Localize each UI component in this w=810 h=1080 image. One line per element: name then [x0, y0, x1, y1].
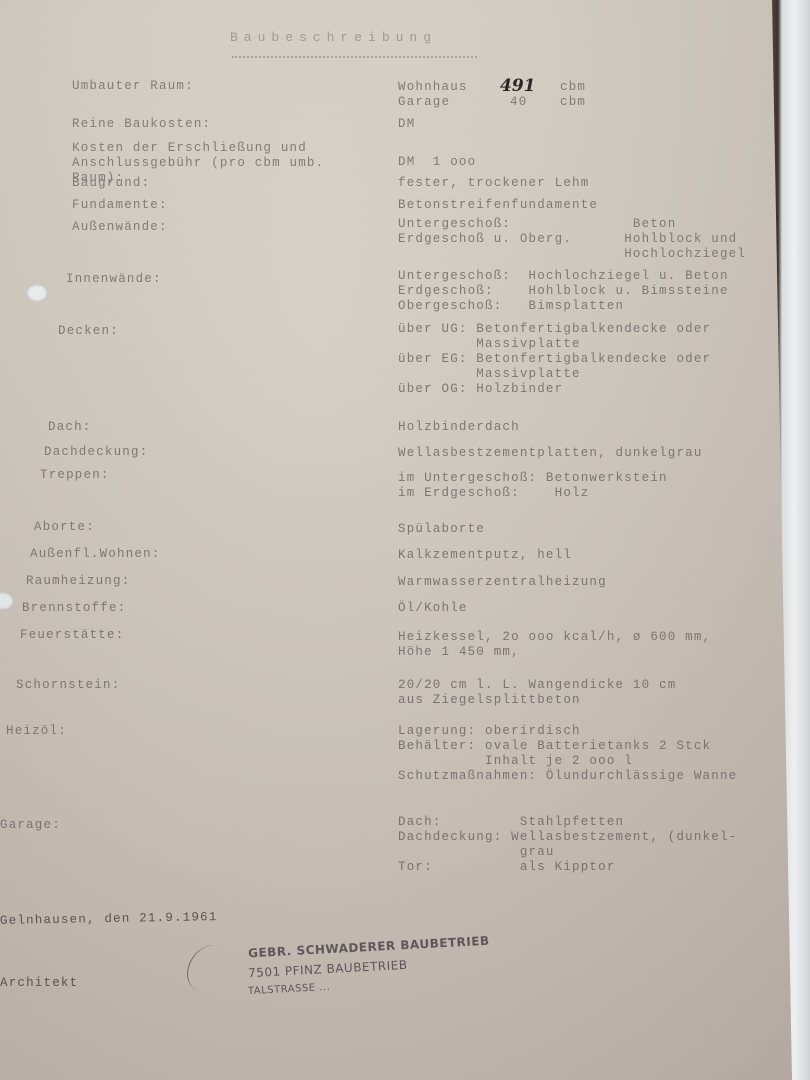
entry-value-line: im Untergeschoß: Betonwerkstein — [398, 471, 668, 486]
entry-value-line: Spülaborte — [398, 522, 485, 537]
entry-value-line: Erdgeschoß: Hohlblock u. Bimssteine — [398, 284, 729, 299]
volume-row-label: Garage — [398, 95, 450, 110]
signature-label: Architekt — [0, 976, 78, 991]
entry-value-line: Behälter: ovale Batterietanks 2 Stck — [398, 739, 711, 754]
entry-value-line: grau — [398, 845, 555, 860]
entry-value-line: Holzbinderdach — [398, 420, 520, 435]
entry-value-line: Betonstreifenfundamente — [398, 198, 598, 213]
entry-label: Innenwände: — [66, 272, 162, 287]
entry-value-line: Obergeschoß: Bimsplatten — [398, 299, 624, 314]
entry-value-line: 20/20 cm l. L. Wangendicke 10 cm — [398, 678, 676, 693]
entry-value-line: Höhe 1 450 mm, — [398, 645, 520, 660]
entry-value-line: Erdgeschoß u. Oberg. Hohlblock und — [398, 232, 737, 247]
entry-value-line: fester, trockener Lehm — [398, 176, 589, 191]
entry-label: Treppen: — [40, 468, 110, 483]
entry-value-line: über UG: Betonfertigbalkendecke oder — [398, 322, 711, 337]
volume-row-label: Wohnhaus — [398, 80, 468, 95]
entry-value-line: Wellasbestzementplatten, dunkelgrau — [398, 446, 703, 461]
entry-value-line: Schutzmaßnahmen: Ölundurchlässige Wanne — [398, 769, 737, 784]
entry-value-line: über OG: Holzbinder — [398, 382, 563, 397]
entry-value-line: Kalkzementputz, hell — [398, 548, 572, 563]
entry-label: Decken: — [58, 324, 119, 339]
handwritten-volume: 491 — [500, 76, 536, 96]
document-page: Baubeschreibung Umbauter Raum: Wohnhaus … — [0, 0, 792, 1080]
entry-label: Heizöl: — [6, 724, 67, 739]
entry-value-line: Dach: Stahlpfetten — [398, 815, 624, 830]
entry-label: Schornstein: — [16, 678, 120, 693]
entry-label: Baugrund: — [72, 176, 150, 191]
entry-value-line: Massivplatte — [398, 337, 581, 352]
entry-label: Außenfl.Wohnen: — [30, 547, 161, 562]
entry-value-line: Öl/Kohle — [398, 601, 468, 616]
entry-value-line: im Erdgeschoß: Holz — [398, 486, 589, 501]
entry-value-line: Inhalt je 2 ooo l — [398, 754, 633, 769]
entry-value-line: Dachdeckung: Wellasbestzement, (dunkel- — [398, 830, 737, 845]
volume-row-unit: cbm — [560, 80, 586, 95]
entry-label: Kosten der Erschließung und Anschlussgeb… — [72, 141, 372, 186]
entry-label: Aborte: — [34, 520, 95, 535]
entry-value-line: Hochlochziegel — [398, 247, 746, 262]
entry-value-line: DM — [398, 117, 415, 132]
entry-value-line: Massivplatte — [398, 367, 581, 382]
volume-row-unit: cbm — [560, 95, 586, 110]
entry-value-line: DM 1 ooo — [398, 155, 476, 170]
entry-label: Außenwände: — [72, 220, 168, 235]
entry-value-line: Untergeschoß: Hochlochziegel u. Beton — [398, 269, 729, 284]
entry-label: Raumheizung: — [26, 574, 130, 589]
entry-label: Reine Baukosten: — [72, 117, 211, 132]
entry-value-line: über EG: Betonfertigbalkendecke oder — [398, 352, 711, 367]
title-underline — [232, 56, 477, 58]
entry-value-line: aus Ziegelsplittbeton — [398, 693, 581, 708]
entry-value-line: Tor: als Kipptor — [398, 860, 616, 875]
company-stamp-line: TALSTRASSE ... — [248, 982, 331, 997]
entry-label: Dachdeckung: — [44, 445, 148, 460]
entry-label: Garage: — [0, 818, 61, 833]
entry-label: Brennstoffe: — [22, 601, 126, 616]
entry-value-line: Heizkessel, 2o ooo kcal/h, ø 600 mm, — [398, 630, 711, 645]
volume-row-value: 40 — [510, 95, 527, 110]
entry-label: Fundamente: — [72, 198, 168, 213]
punch-hole — [0, 592, 14, 610]
document-title: Baubeschreibung — [230, 30, 437, 45]
volume-label: Umbauter Raum: — [72, 79, 194, 94]
entry-value-line: Lagerung: oberirdisch — [398, 724, 581, 739]
signature — [183, 940, 238, 998]
company-stamp-line: GEBR. SCHWADERER BAUBETRIEB — [248, 934, 490, 961]
entry-value-line: Warmwasserzentralheizung — [398, 575, 607, 590]
company-stamp-line: 7501 PFINZ BAUBETRIEB — [248, 958, 408, 980]
place-date: Gelnhausen, den 21.9.1961 — [0, 910, 218, 929]
entry-label: Feuerstätte: — [20, 628, 124, 643]
entry-label: Dach: — [48, 420, 92, 435]
punch-hole — [26, 284, 48, 302]
entry-value-line: Untergeschoß: Beton — [398, 217, 676, 232]
